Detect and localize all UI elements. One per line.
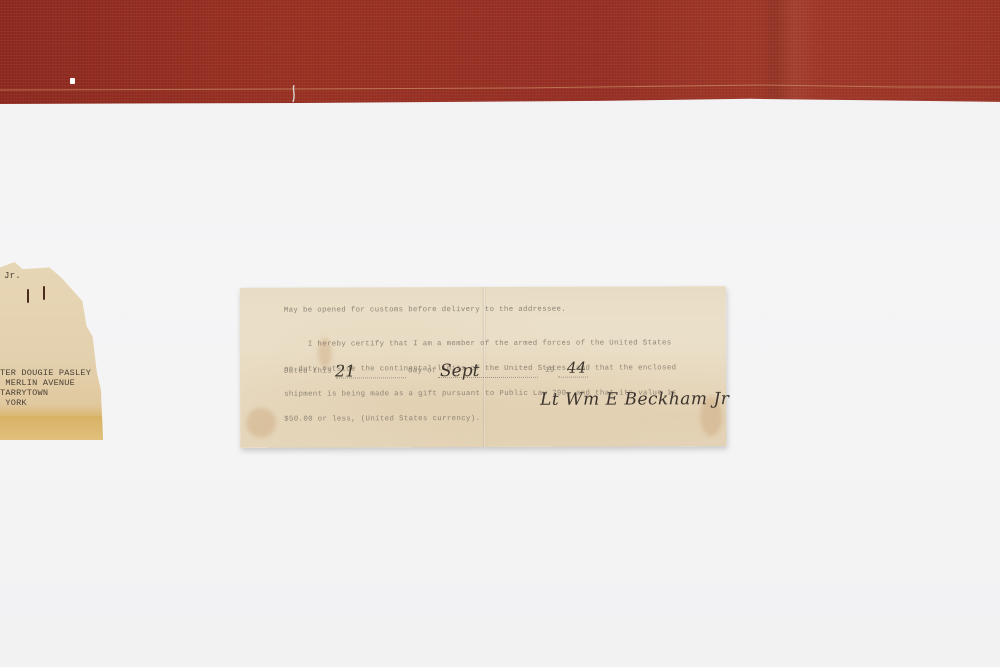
paper-stain: [246, 408, 276, 438]
year-blank-line: [558, 377, 588, 378]
loose-thread: [291, 85, 297, 103]
envelope-tape-band: [0, 416, 103, 440]
dated-label: Dated this: [284, 368, 332, 377]
envelope-suffix: Jr.: [4, 271, 21, 281]
flag-seam-stitching: [0, 84, 1000, 94]
handwritten-month: Sept: [440, 361, 479, 381]
handwritten-day: 21: [335, 361, 355, 380]
address-line: MERLIN AVENUE: [0, 378, 75, 388]
ink-mark: [27, 289, 29, 303]
address-line: TER DOUGIE PASLEY: [0, 368, 91, 378]
certificate-body: I hereby certify that I am a member of t…: [284, 322, 677, 441]
ink-mark: [43, 286, 45, 300]
address-line: TARRYTOWN: [0, 388, 48, 398]
year-prefix: 19: [545, 367, 555, 375]
handwritten-year: 44: [567, 359, 586, 377]
body-line: I hereby certify that I am a member of t…: [284, 339, 676, 349]
customs-certificate-slip: May be opened for customs before deliver…: [240, 286, 727, 448]
signature: Lt Wm E Beckham Jr: [540, 389, 729, 410]
body-line: $50.00 or less, (United States currency)…: [284, 415, 676, 425]
day-of-label: day of: [408, 367, 437, 376]
certificate-heading: May be opened for customs before deliver…: [284, 306, 566, 315]
address-line: YORK: [0, 398, 27, 408]
